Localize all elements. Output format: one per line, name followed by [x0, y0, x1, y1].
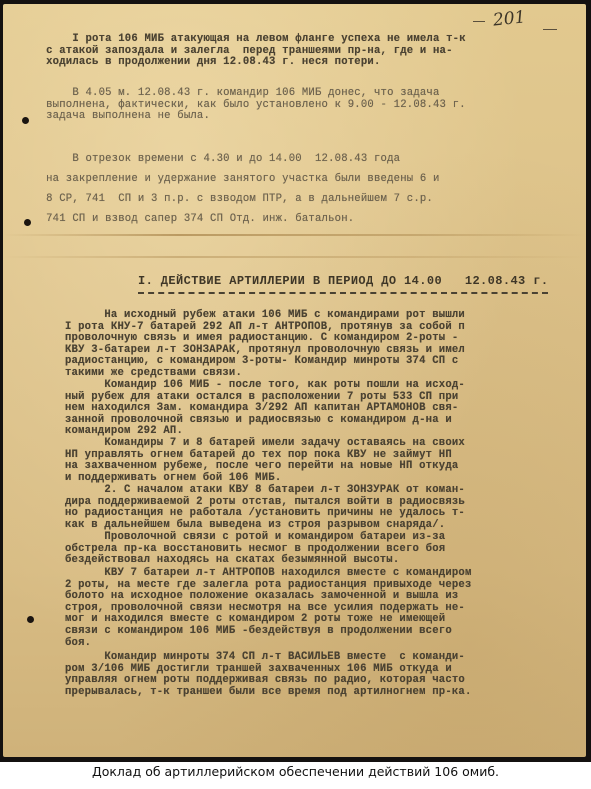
binder-hole [27, 616, 34, 623]
page-number: 201 [492, 7, 526, 30]
image-caption: Доклад об артиллерийском обеспечении дей… [0, 764, 591, 779]
body-paragraph-5: Проволочной связи с ротой и командиром б… [65, 532, 445, 567]
body-paragraph-1: На исходный рубеж атаки 106 МИБ с команд… [65, 310, 465, 380]
section-heading: I. ДЕЙСТВИЕ АРТИЛЛЕРИИ В ПЕРИОД ДО 14.00… [138, 274, 548, 288]
document-page: 201 I рота 106 МИБ атакующая на левом фл… [3, 4, 586, 757]
body-paragraph-4: 2. С началом атаки КВУ 8 батареи л-т ЗОН… [65, 485, 465, 531]
paper-fold-line [3, 234, 586, 236]
body-paragraph-7: Командир минроты 374 СП л-т ВАСИЛЬЕВ вме… [65, 652, 472, 698]
scanned-document-frame: 201 I рота 106 МИБ атакующая на левом фл… [0, 0, 591, 762]
page-number-dash [543, 29, 557, 30]
body-paragraph-6: КВУ 7 батареи л-т АНТРОПОВ находился вме… [65, 568, 472, 649]
binder-hole [22, 117, 29, 124]
body-paragraph-3: Командиры 7 и 8 батарей имели задачу ост… [65, 438, 465, 484]
intro-paragraph-3: В отрезок времени с 4.30 и до 14.00 12.0… [33, 149, 440, 229]
intro-paragraph-2: В 4.05 м. 12.08.43 г. командир 106 МИБ д… [33, 88, 466, 123]
heading-underline [138, 292, 548, 294]
page-number-dash [473, 21, 485, 22]
binder-hole [24, 219, 31, 226]
body-paragraph-2: Командир 106 МИБ - после того, как роты … [65, 380, 465, 438]
paper-fold-line [3, 256, 586, 258]
intro-paragraph-1: I рота 106 МИБ атакующая на левом фланге… [33, 34, 466, 69]
